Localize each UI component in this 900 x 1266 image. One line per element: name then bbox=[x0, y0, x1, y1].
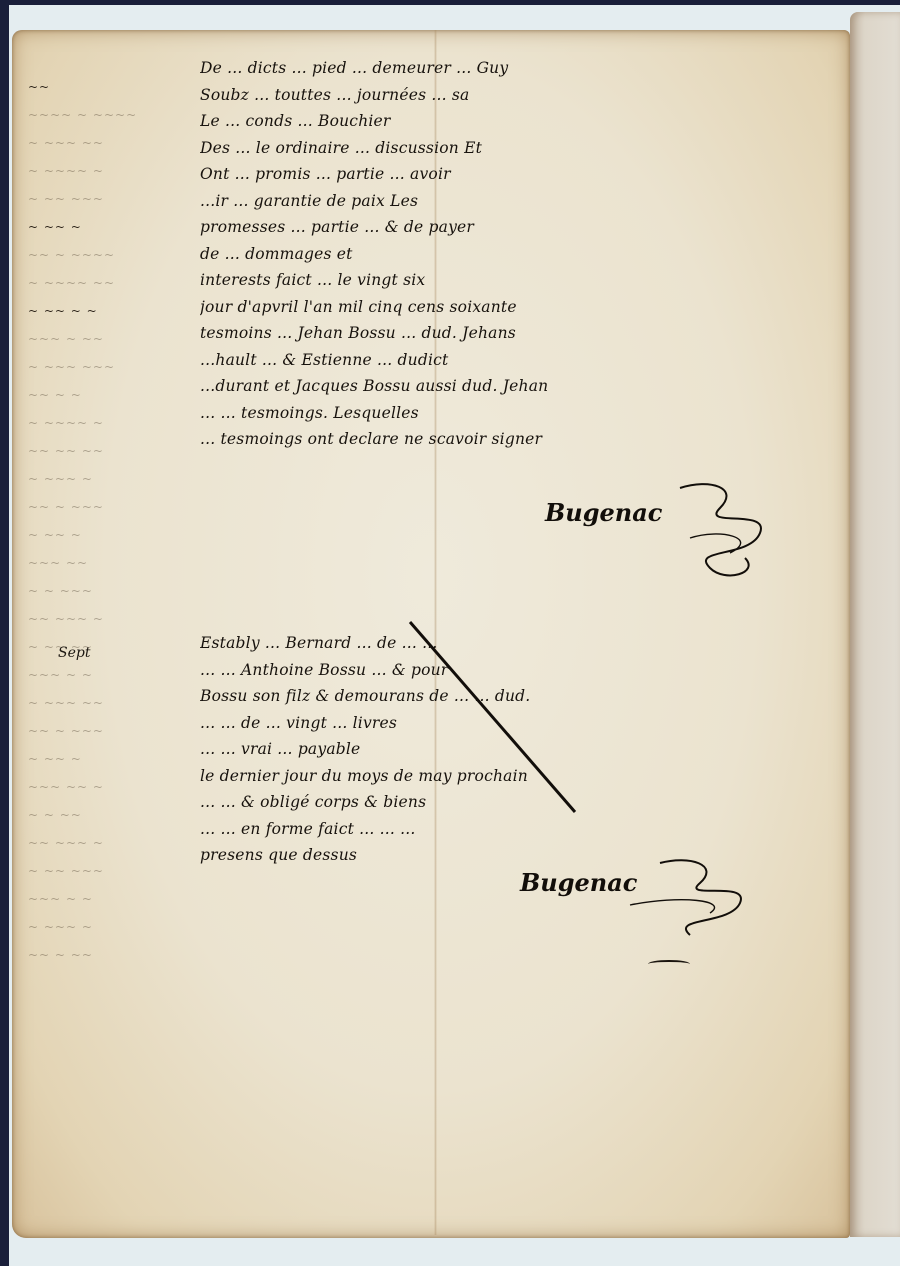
entry-line: le dernier jour du moys de may prochain bbox=[200, 763, 840, 790]
entry-line: promesses ... partie ... & de payer bbox=[200, 214, 840, 241]
margin-line: ~~~~ ~ ~~~~ bbox=[28, 108, 198, 128]
margin-line: ~~ ~ ~~~ bbox=[28, 500, 198, 520]
margin-line: ~~ ~~~ ~ bbox=[28, 836, 198, 856]
margin-line: ~~~ ~ ~~ bbox=[28, 332, 198, 352]
entry-line: ... ... de ... vingt ... livres bbox=[200, 710, 840, 737]
entry-2-text: Estably ... Bernard ... de ... ... ... .… bbox=[200, 630, 840, 869]
notary-signature-1: Bugenac bbox=[545, 498, 662, 527]
entry-line: ...hault ... & Estienne ... dudict bbox=[200, 347, 840, 374]
entry-line: ...durant et Jacques Bossu aussi dud. Je… bbox=[200, 373, 840, 400]
margin-note: Sept bbox=[58, 645, 90, 661]
margin-line: ~ ~~~~ ~ bbox=[28, 164, 198, 184]
scan-top-edge bbox=[0, 0, 900, 5]
margin-line: ~~ ~ ~~~~ bbox=[28, 248, 198, 268]
margin-line: ~~ ~~~ ~ bbox=[28, 612, 198, 632]
margin-line: ~ ~~~ ~ bbox=[28, 472, 198, 492]
entry-line: De ... dicts ... pied ... demeurer ... G… bbox=[200, 55, 840, 82]
entry-line: Ont ... promis ... partie ... avoir bbox=[200, 161, 840, 188]
entry-line: jour d'apvril l'an mil cinq cens soixant… bbox=[200, 294, 840, 321]
margin-line: ~ ~~ ~ bbox=[28, 528, 198, 548]
margin-line: ~ ~~~ ~ bbox=[28, 920, 198, 940]
entry-line: Bossu son filz & demourans de ... ... du… bbox=[200, 683, 840, 710]
entry-line: ... ... Anthoine Bossu ... & pour bbox=[200, 657, 840, 684]
margin-line: ~ ~~~ ~~ bbox=[28, 696, 198, 716]
entry-line: ... ... tesmoings. Lesquelles bbox=[200, 400, 840, 427]
margin-line: ~~~ ~~ bbox=[28, 556, 198, 576]
entry-line: interests faict ... le vingt six bbox=[200, 267, 840, 294]
margin-line: ~ ~~ ~~ bbox=[28, 640, 198, 660]
margin-line: ~ ~~~ ~~ bbox=[28, 136, 198, 156]
margin-line: ~~ bbox=[28, 80, 198, 100]
margin-line: ~ ~~ ~~~ bbox=[28, 864, 198, 884]
margin-line: ~~~ ~~ ~ bbox=[28, 780, 198, 800]
adjacent-page-edge bbox=[850, 12, 900, 1237]
margin-line: ~~ ~ ~~~ bbox=[28, 724, 198, 744]
margin-line: ~~~ ~ ~ bbox=[28, 668, 198, 688]
signature-flourish-icon bbox=[650, 478, 790, 588]
margin-line: ~ ~~~~ ~ bbox=[28, 416, 198, 436]
entry-line: ... ... en forme faict ... ... ... bbox=[200, 816, 840, 843]
left-margin-annotations: ~~ ~~~~ ~ ~~~~ ~ ~~~ ~~ ~ ~~~~ ~ ~ ~~ ~~… bbox=[28, 80, 198, 976]
signature-flourish-icon bbox=[620, 855, 770, 945]
entry-1-text: De ... dicts ... pied ... demeurer ... G… bbox=[200, 55, 840, 453]
margin-line: ~ ~~ ~ bbox=[28, 220, 198, 240]
margin-line: ~~ ~~ ~~ bbox=[28, 444, 198, 464]
scan-left-edge bbox=[0, 0, 9, 1266]
margin-line: ~~ ~ ~ bbox=[28, 388, 198, 408]
margin-line: ~ ~~~ ~~~ bbox=[28, 360, 198, 380]
entry-line: ... ... & obligé corps & biens bbox=[200, 789, 840, 816]
entry-line: ... tesmoings ont declare ne scavoir sig… bbox=[200, 426, 840, 453]
margin-line: ~~~ ~ ~ bbox=[28, 892, 198, 912]
margin-line: ~ ~~ ~ bbox=[28, 752, 198, 772]
entry-line: Le ... conds ... Bouchier bbox=[200, 108, 840, 135]
entry-line: ... ... vrai ... payable bbox=[200, 736, 840, 763]
entry-line: de ... dommages et bbox=[200, 241, 840, 268]
entry-line: Soubz ... touttes ... journées ... sa bbox=[200, 82, 840, 109]
entry-line: Estably ... Bernard ... de ... ... bbox=[200, 630, 840, 657]
paraph-mark bbox=[648, 960, 690, 968]
margin-line: ~ ~~ ~ ~ bbox=[28, 304, 198, 324]
entry-line: tesmoins ... Jehan Bossu ... dud. Jehans bbox=[200, 320, 840, 347]
margin-line: ~ ~~ ~~~ bbox=[28, 192, 198, 212]
margin-line: ~ ~ ~~~ bbox=[28, 584, 198, 604]
entry-line: ...ir ... garantie de paix Les bbox=[200, 188, 840, 215]
margin-line: ~ ~ ~~ bbox=[28, 808, 198, 828]
margin-line: ~ ~~~~ ~~ bbox=[28, 276, 198, 296]
entry-line: Des ... le ordinaire ... discussion Et bbox=[200, 135, 840, 162]
margin-line: ~~ ~ ~~ bbox=[28, 948, 198, 968]
